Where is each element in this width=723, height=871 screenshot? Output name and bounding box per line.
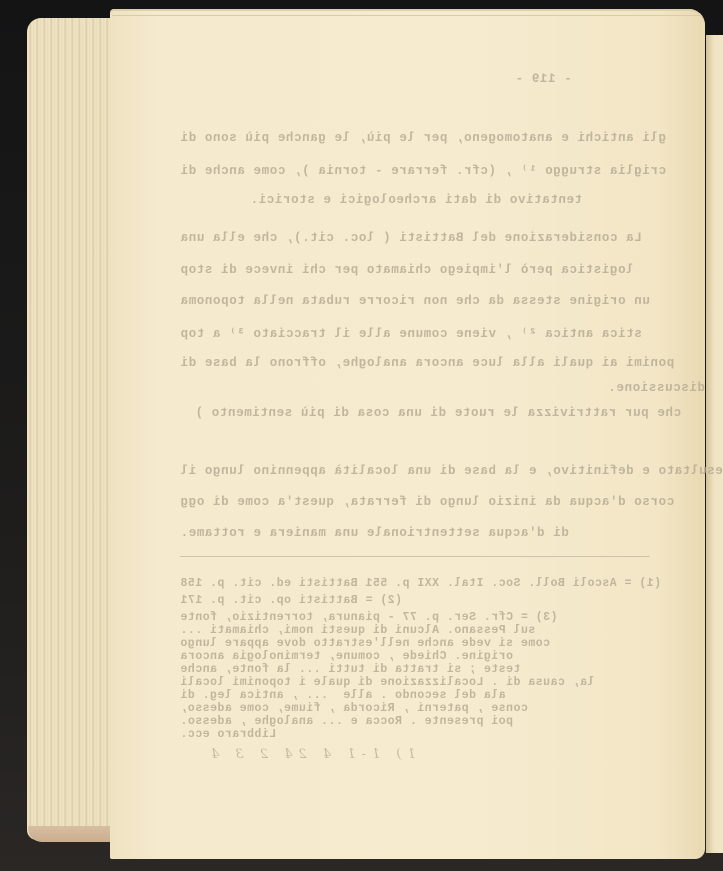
body-line: tentativo di dati archeologici e storici… <box>250 193 582 207</box>
footnote-continuation: la, causa di . Localizzazione di quale i… <box>180 676 639 689</box>
footnote-continuation: Libbraro ecc. <box>180 728 321 741</box>
page-number: - 119 - <box>515 72 572 86</box>
paragraph-line: Resultato e definitivo, e la base di una… <box>180 464 723 478</box>
footnote-continuation: poi presente . Rocca e ... analoghe , ad… <box>180 715 557 728</box>
footnote-continuation: conse , paterni , Ricorda , fiume, come … <box>180 702 572 715</box>
page-text-layer: - 119 - gli antichi e anatomogeno, per l… <box>110 9 705 859</box>
body-line: discussione. <box>608 381 705 395</box>
paragraph-line: corso d'acqua da inizio lungo di ferrata… <box>180 495 674 509</box>
footnote: (2) = Battisti op. cit. p. 171 <box>180 594 402 607</box>
footnote: (3) = Cfr. Ser. p. 77 - pianura, torrent… <box>180 611 557 624</box>
body-line: un origine stessa da che non ricorre rub… <box>180 294 650 308</box>
book-page-stack-left <box>27 18 117 840</box>
footnote-continuation: ala del secondo . alle ... , antica leg.… <box>180 689 550 702</box>
body-line: La considerazione del Battisti ( loc. ci… <box>180 231 642 245</box>
body-line: gli antichi e anatomogeno, per le più, l… <box>180 131 666 145</box>
footnote-continuation: come si vede anche nell'estratto dove ap… <box>180 637 594 650</box>
body-line: logistica però l'impiego chiamato per ch… <box>180 263 634 277</box>
handwritten-note: 1) 1-1 4 24 2 3 4 <box>205 747 416 762</box>
footnote-separator <box>180 556 650 557</box>
paragraph-line: di d'acqua settentrionale una maniera e … <box>180 526 569 540</box>
body-line: che pur rattrivizza le ruote di una cosa… <box>195 406 681 420</box>
footnote-continuation: sul Pessano. Alcuni di questi nomi, chia… <box>180 624 580 637</box>
body-line: stica antica ²⁾ , viene comune alle il t… <box>180 325 642 341</box>
footnote-continuation: teste ; si tratta di tutti ... la fonte,… <box>180 663 565 676</box>
adjacent-page-edge <box>706 35 723 853</box>
footnote: (1) = Ascoli Boll. Soc. Ital. XXI p. 551… <box>180 577 661 590</box>
body-line: ponimi ai quali alla luce ancora analogh… <box>180 356 674 370</box>
body-line: criglia struggo ¹⁾ , (cfr. ferrare - tor… <box>180 162 666 178</box>
footnote-continuation: origine. Chiede , comune, terminologia a… <box>180 650 557 663</box>
mirrored-show-through-text: - 119 - gli antichi e anatomogeno, per l… <box>110 9 705 859</box>
